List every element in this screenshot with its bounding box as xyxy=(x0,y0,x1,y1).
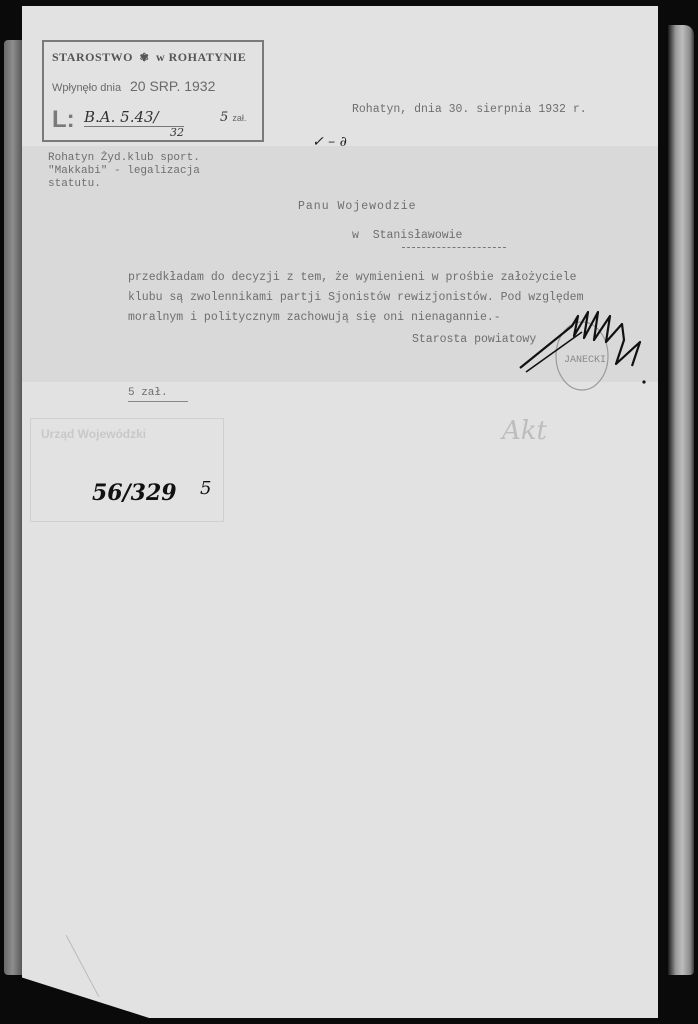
city-underline xyxy=(402,247,506,248)
enclosures-note: 5 zał. xyxy=(128,386,168,401)
stamp-l-label: L: xyxy=(52,106,75,134)
stamp-title-right: w ROHATYNIE xyxy=(156,50,246,64)
stamp-attachments: 5 zał. xyxy=(220,110,246,125)
addressee: Panu Wojewodzie xyxy=(298,199,417,214)
paper-crease xyxy=(66,935,100,997)
enclosures-underline xyxy=(128,401,188,402)
document-page: STAROSTWO ✾ w ROHATYNIE Wpłynęło dnia 20… xyxy=(22,6,658,1018)
eagle-emblem-icon: ✾ xyxy=(136,51,152,64)
pencil-margin-note: Akt xyxy=(502,416,547,446)
stamp-handwritten-note: 32 xyxy=(170,126,184,139)
stamp-received-label: Wpłynęło dnia xyxy=(52,82,121,94)
signature-stamp-text: JANECKI xyxy=(564,355,606,366)
addressee-city: w Stanisławowie xyxy=(352,228,462,243)
receipt-stamp-title: Urząd Wojewódzki xyxy=(41,427,146,441)
stamp-received-date: 20 SRP. 1932 xyxy=(130,78,215,94)
binder-right-edge xyxy=(668,25,694,975)
handwritten-count: 5 xyxy=(200,478,211,499)
handwritten-reference-number: 56/329 xyxy=(92,480,177,506)
letter-subject: Rohatyn Żyd.klub sport. "Makkabi" - lega… xyxy=(48,152,200,191)
stamp-attachments-number: 5 xyxy=(220,110,228,125)
stamp-title-left: STAROSTWO xyxy=(52,50,133,64)
receipt-stamp: Urząd Wojewódzki xyxy=(30,418,224,522)
office-stamp: STAROSTWO ✾ w ROHATYNIE Wpłynęło dnia 20… xyxy=(42,40,264,142)
signature-icon: JANECKI xyxy=(512,306,652,396)
handwritten-marks: ✓ – ∂ xyxy=(312,134,347,150)
stamp-attachments-label: zał. xyxy=(232,113,246,123)
stamp-case-number: B.A. 5.43/ xyxy=(84,108,184,127)
place-date: Rohatyn, dnia 30. sierpnia 1932 r. xyxy=(352,102,587,117)
stamp-title: STAROSTWO ✾ w ROHATYNIE xyxy=(52,50,246,65)
